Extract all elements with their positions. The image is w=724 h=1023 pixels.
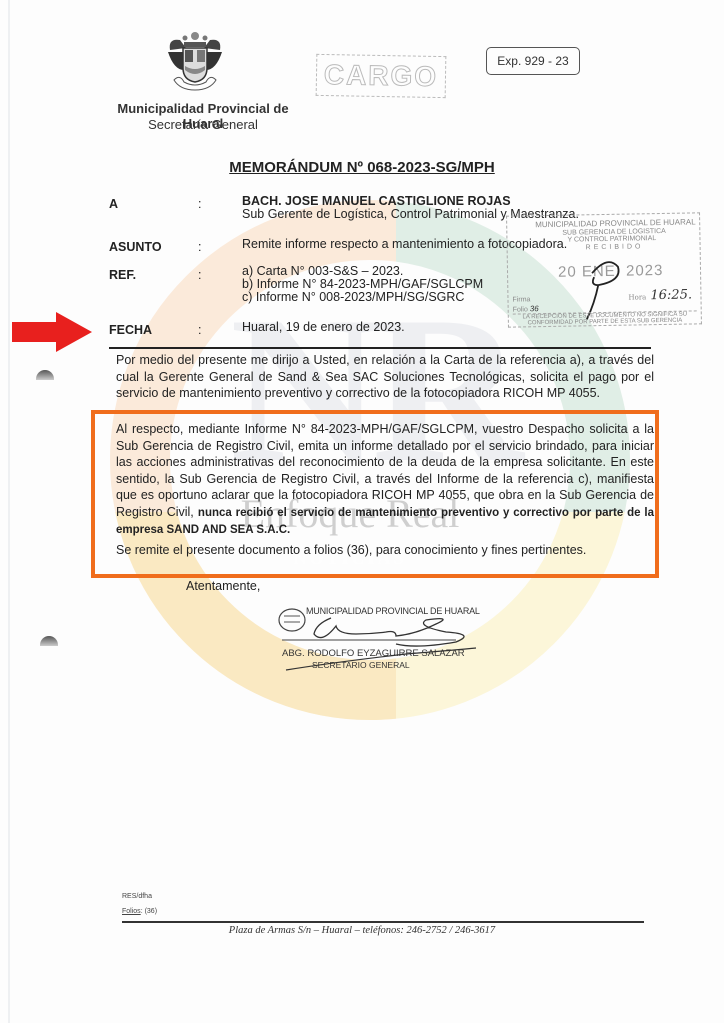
date-colon: :: [198, 323, 201, 337]
stamp-hora: Hora 16:25.: [628, 287, 692, 303]
signatory-title: SECRETARIO GENERAL: [312, 660, 410, 670]
ref-item: c) Informe N° 008-2023/MPH/SG/SGRC: [242, 291, 483, 304]
date-value: Huaral, 19 de enero de 2023.: [242, 321, 405, 334]
binder-hole: [36, 370, 54, 380]
paragraph-closing: Se remite el presente documento a folios…: [116, 542, 654, 559]
ref-list: a) Carta N° 003-S&S – 2023. b) Informe N…: [242, 265, 483, 304]
folios-count: Folios: (36): [122, 908, 157, 915]
red-arrow-icon: [12, 312, 92, 352]
stamp-notice: LA RECEPCION DE ESTE DOCUMENTO NO SIGNIF…: [513, 310, 697, 326]
signature-institution: MUNICIPALIDAD PROVINCIAL DE HUARAL: [306, 606, 480, 616]
footer-divider: [122, 921, 644, 923]
ref-colon: :: [198, 268, 201, 282]
ref-label: REF.: [109, 268, 136, 282]
to-colon: :: [198, 197, 201, 211]
memo-title: MEMORÁNDUM Nº 068-2023-SG/MPH: [0, 159, 724, 176]
paragraph-intro: Por medio del presente me dirijo a Usted…: [116, 352, 654, 402]
page-edge: [8, 0, 10, 1023]
stamp-received: RECIBIDO: [586, 243, 644, 251]
cargo-stamp: CARGO: [316, 54, 447, 98]
subject-colon: :: [198, 240, 201, 254]
closing-salutation: Atentamente,: [186, 579, 260, 593]
department-name: Secretaría General: [98, 117, 308, 132]
signatory-name: ABG. RODOLFO EYZAGUIRRE SALAZAR: [282, 648, 465, 659]
stamp-folio-label: Folio 36: [513, 304, 539, 313]
to-label: A: [109, 197, 118, 211]
stamp-institution: MUNICIPALIDAD PROVINCIAL DE HUARAL: [535, 217, 696, 229]
binder-hole: [40, 636, 58, 646]
expediente-number: Exp. 929 - 23: [486, 47, 580, 75]
footer-address: Plaza de Armas S/n – Huaral – teléfonos:…: [0, 925, 724, 936]
header-divider: [109, 347, 651, 349]
date-label: FECHA: [109, 323, 152, 337]
findings-text: Al respecto, mediante Informe N° 84-2023…: [116, 422, 654, 519]
paragraph-findings: Al respecto, mediante Informe N° 84-2023…: [116, 421, 654, 539]
municipal-coat-of-arms-icon: [166, 30, 224, 92]
subject-label: ASUNTO: [109, 240, 162, 254]
reception-stamp: MUNICIPALIDAD PROVINCIAL DE HUARAL SUB G…: [506, 212, 702, 327]
reference-initials: RES/dfha: [122, 893, 152, 900]
stamp-firma-label: Firma: [512, 296, 530, 303]
